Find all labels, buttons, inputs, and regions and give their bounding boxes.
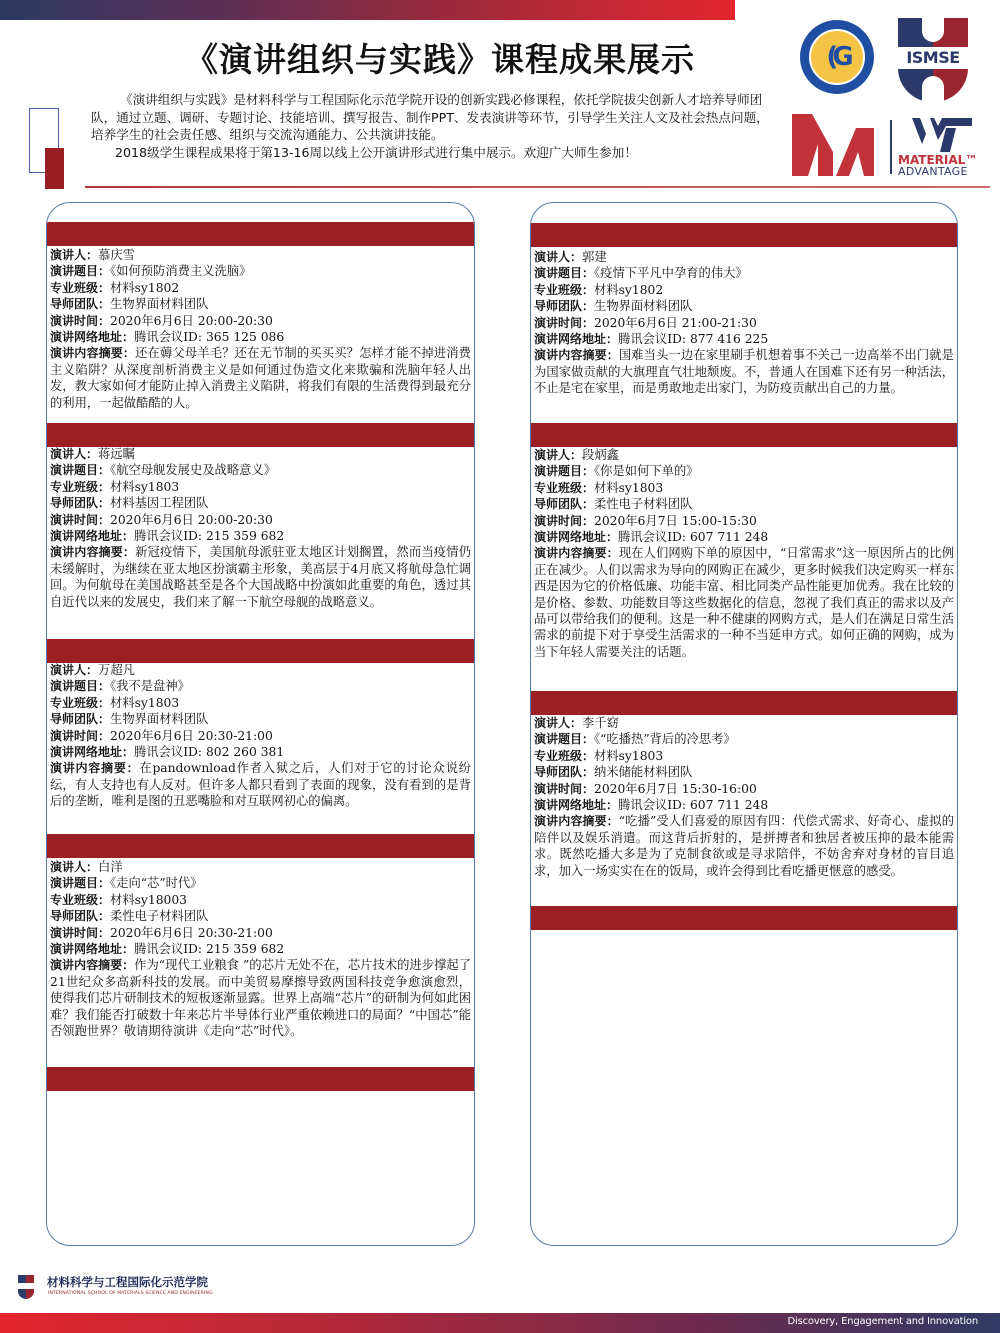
tagline: Discovery, Engagement and Innovation xyxy=(788,1316,978,1327)
logo-group: (G ISMSE MATERIAL™ ADVANTAGE xyxy=(790,14,990,184)
mentor-team: 柔性电子材料团队 xyxy=(110,909,208,923)
class-name: 材料sy1802 xyxy=(110,281,179,295)
mentor-team: 柔性电子材料团队 xyxy=(594,497,692,511)
m-logo-icon xyxy=(792,114,874,176)
logo-divider xyxy=(890,120,892,174)
meeting-id: 腾讯会议ID: 607 711 248 xyxy=(618,530,768,544)
meeting-id: 腾讯会议ID: 607 711 248 xyxy=(618,798,768,812)
speaker-name: 万超凡 xyxy=(98,663,135,677)
speech-topic: 《我不是盘神》 xyxy=(110,679,190,693)
speaker-name: 慕庆雪 xyxy=(98,248,135,262)
advantage-wordmark: ADVANTAGE xyxy=(898,165,968,178)
red-band xyxy=(47,423,474,447)
speech-entry: 演讲人：郭建 演讲题目：《疫情下平凡中孕育的伟大》 专业班级：材料sy1802 … xyxy=(534,249,954,397)
red-band xyxy=(47,1067,474,1091)
speech-time: 2020年6月6日 20:00-20:30 xyxy=(110,314,273,328)
red-band xyxy=(531,223,957,247)
speech-entry: 演讲人：慕庆雪 演讲题目：《如何预防消费主义洗脑》 专业班级：材料sy1802 … xyxy=(50,247,471,411)
speech-topic: 《“吃播热”背后的冷思考》 xyxy=(594,732,736,746)
meeting-id: 腾讯会议ID: 215 359 682 xyxy=(134,942,284,956)
speaker-name: 蒋远瞩 xyxy=(98,447,135,461)
speech-abstract: 现在人们网购下单的原因中，“日常需求”这一原因所占的比例正在减少。人们以需求为导… xyxy=(534,546,954,658)
right-schedule-card: 演讲人：郭建 演讲题目：《疫情下平凡中孕育的伟大》 专业班级：材料sy1802 … xyxy=(530,202,958,1246)
class-name: 材料sy1803 xyxy=(110,696,179,710)
decorative-red-block xyxy=(45,148,64,189)
intro-paragraph: 2018级学生课程成果将于第13-16周以线上公开演讲形式进行集中展示。欢迎广大… xyxy=(91,144,781,162)
red-band xyxy=(47,834,474,858)
speech-time: 2020年6月6日 21:00-21:30 xyxy=(594,316,757,330)
speaker-name: 郭建 xyxy=(582,250,607,264)
speech-topic: 《疫情下平凡中孕育的伟大》 xyxy=(594,266,748,280)
school-name-cn: 材料科学与工程国际化示范学院 xyxy=(47,1274,208,1290)
class-name: 材料sy1803 xyxy=(594,481,663,495)
page-title: 《演讲组织与实践》课程成果展示 xyxy=(0,34,880,81)
red-band xyxy=(531,423,957,447)
speaker-name: 白洋 xyxy=(98,860,123,874)
speech-time: 2020年6月7日 15:30-16:00 xyxy=(594,782,757,796)
mentor-team: 生物界面材料团队 xyxy=(594,299,692,313)
speech-entry: 演讲人：段炳鑫 演讲题目：《你是如何下单的》 专业班级：材料sy1803 导师团… xyxy=(534,447,954,660)
speech-topic: 《你是如何下单的》 xyxy=(594,464,699,478)
mentor-team: 生物界面材料团队 xyxy=(110,297,208,311)
meeting-id: 腾讯会议ID: 802 260 381 xyxy=(134,745,284,759)
speech-time: 2020年6月7日 15:00-15:30 xyxy=(594,514,757,528)
class-name: 材料sy1803 xyxy=(594,749,663,763)
speech-time: 2020年6月6日 20:30-21:00 xyxy=(110,926,273,940)
mentor-team: 生物界面材料团队 xyxy=(110,712,208,726)
speech-topic: 《航空母舰发展史及战略意义》 xyxy=(110,463,276,477)
header-divider xyxy=(85,186,990,188)
intro-text: 《演讲组织与实践》是材料科学与工程国际化示范学院开设的创新实践必修课程，依托学院… xyxy=(91,91,781,161)
class-name: 材料sy1803 xyxy=(110,480,179,494)
speech-entry: 演讲人：李千窈 演讲题目：《“吃播热”背后的冷思考》 专业班级：材料sy1803… xyxy=(534,715,954,879)
mentor-team: 纳米储能材料团队 xyxy=(594,765,692,779)
speech-entry: 演讲人：蒋远瞩 演讲题目：《航空母舰发展史及战略意义》 专业班级：材料sy180… xyxy=(50,446,471,610)
class-name: 材料sy18003 xyxy=(110,893,187,907)
meeting-id: 腾讯会议ID: 877 416 225 xyxy=(618,332,768,346)
red-band xyxy=(47,639,474,663)
red-band xyxy=(47,222,474,246)
speaker-name: 段炳鑫 xyxy=(582,448,619,462)
whut-logo-icon: (G xyxy=(800,20,874,94)
speech-time: 2020年6月6日 20:30-21:00 xyxy=(110,729,273,743)
wt-logo-icon xyxy=(902,118,972,152)
ismse-logo-icon: ISMSE xyxy=(898,18,968,102)
meeting-id: 腾讯会议ID: 215 359 682 xyxy=(134,529,284,543)
speaker-name: 李千窈 xyxy=(582,716,619,730)
speech-entry: 演讲人：白洋 演讲题目：《走向“芯”时代》 专业班级：材料sy18003 导师团… xyxy=(50,859,471,1039)
mentor-team: 材料基因工程团队 xyxy=(110,496,208,510)
speech-time: 2020年6月6日 20:00-20:30 xyxy=(110,513,273,527)
school-name-en: INTERNATIONAL SCHOOL OF MATERIALS SCIENC… xyxy=(48,1291,213,1296)
top-gradient-bar xyxy=(0,0,735,20)
left-schedule-card: 演讲人：慕庆雪 演讲题目：《如何预防消费主义洗脑》 专业班级：材料sy1802 … xyxy=(46,202,475,1246)
red-band xyxy=(531,691,957,715)
speech-topic: 《走向“芯”时代》 xyxy=(110,876,203,890)
intro-paragraph: 《演讲组织与实践》是材料科学与工程国际化示范学院开设的创新实践必修课程，依托学院… xyxy=(91,91,781,144)
class-name: 材料sy1802 xyxy=(594,283,663,297)
meeting-id: 腾讯会议ID: 365 125 086 xyxy=(134,330,284,344)
bottom-gradient-bar: Discovery, Engagement and Innovation xyxy=(0,1313,1000,1333)
speech-entry: 演讲人：万超凡 演讲题目：《我不是盘神》 专业班级：材料sy1803 导师团队：… xyxy=(50,662,471,810)
speech-topic: 《如何预防消费主义洗脑》 xyxy=(110,264,251,278)
ismse-footer-logo-icon xyxy=(18,1275,34,1299)
red-band xyxy=(531,906,957,930)
